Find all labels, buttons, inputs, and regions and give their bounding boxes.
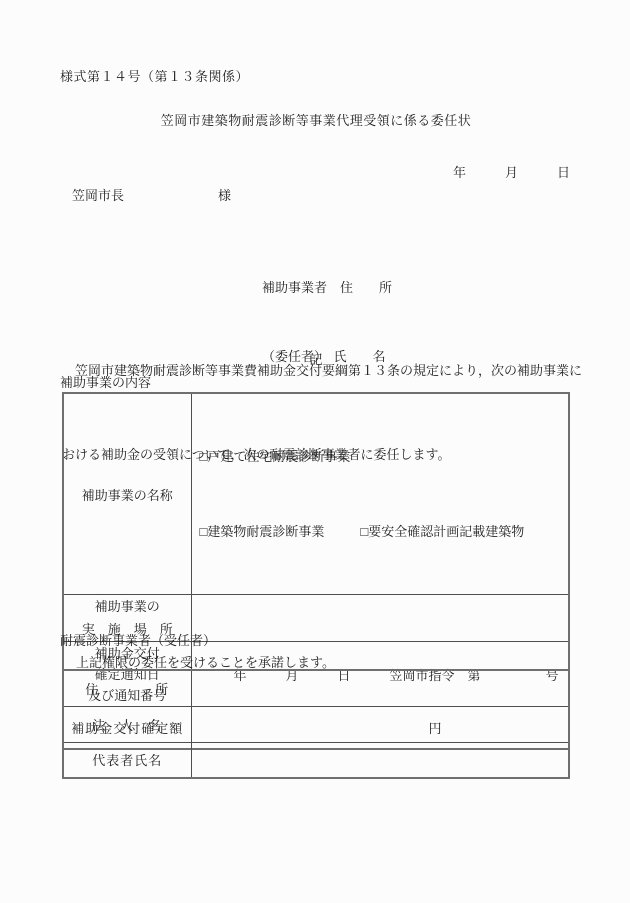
- addressee-honorific: 様: [218, 188, 231, 203]
- representative-name-value-cell[interactable]: [191, 742, 569, 778]
- operator-address-value-cell[interactable]: [191, 670, 569, 706]
- checkbox-safety-plan-icon[interactable]: □: [360, 519, 368, 544]
- table-row: 住 所: [63, 670, 569, 706]
- table-row: 代表者氏名: [63, 742, 569, 778]
- table-row: 法 人 名: [63, 706, 569, 742]
- operator-address-label: 住 所: [63, 670, 191, 706]
- addressee-name: 笠岡市長: [72, 188, 124, 203]
- corporate-name-value-cell[interactable]: [191, 706, 569, 742]
- project-location-label-line1: 補助事業の: [64, 595, 191, 618]
- corporate-name-label: 法 人 名: [63, 706, 191, 742]
- option-line-2: □建築物耐震診断事業□要安全確認計画記載建築物: [200, 519, 569, 544]
- project-name-options-cell: □戸建て住宅耐震診断事業 □建築物耐震診断事業□要安全確認計画記載建築物: [191, 393, 569, 595]
- option-detached-house-label: 戸建て住宅耐震診断事業: [207, 444, 350, 469]
- table1-caption: 補助事業の内容: [60, 372, 151, 391]
- date-line: 年 月 日: [62, 162, 570, 181]
- checkbox-building-icon[interactable]: □: [200, 519, 208, 544]
- form-number: 様式第１４号（第１３条関係）: [60, 66, 249, 85]
- diagnosis-operator-heading: 耐震診断事業者（受任者）: [60, 630, 216, 649]
- checkbox-detached-house-icon[interactable]: □: [200, 444, 208, 469]
- project-location-value-cell[interactable]: [191, 595, 569, 642]
- project-name-label: 補助事業の名称: [63, 393, 191, 595]
- addressee-line: 笠岡市長様: [72, 185, 231, 204]
- table-row: 補助事業の名称 □戸建て住宅耐震診断事業 □建築物耐震診断事業□要安全確認計画記…: [63, 393, 569, 595]
- option-safety-plan-label: 要安全確認計画記載建築物: [368, 519, 524, 544]
- option-line-1: □戸建て住宅耐震診断事業: [200, 444, 569, 469]
- applicant-address-line: 補助事業者 住 所: [262, 276, 392, 299]
- representative-name-label: 代表者氏名: [63, 742, 191, 778]
- ki-marker: 記: [62, 349, 570, 368]
- document-page: 様式第１４号（第１３条関係） 笠岡市建築物耐震診断等事業代理受領に係る委任状 年…: [0, 0, 630, 903]
- document-title: 笠岡市建築物耐震診断等事業代理受領に係る委任状: [62, 110, 570, 129]
- operator-info-table: 住 所 法 人 名 代表者氏名: [62, 669, 570, 779]
- option-building-label: 建築物耐震診断事業: [207, 519, 324, 544]
